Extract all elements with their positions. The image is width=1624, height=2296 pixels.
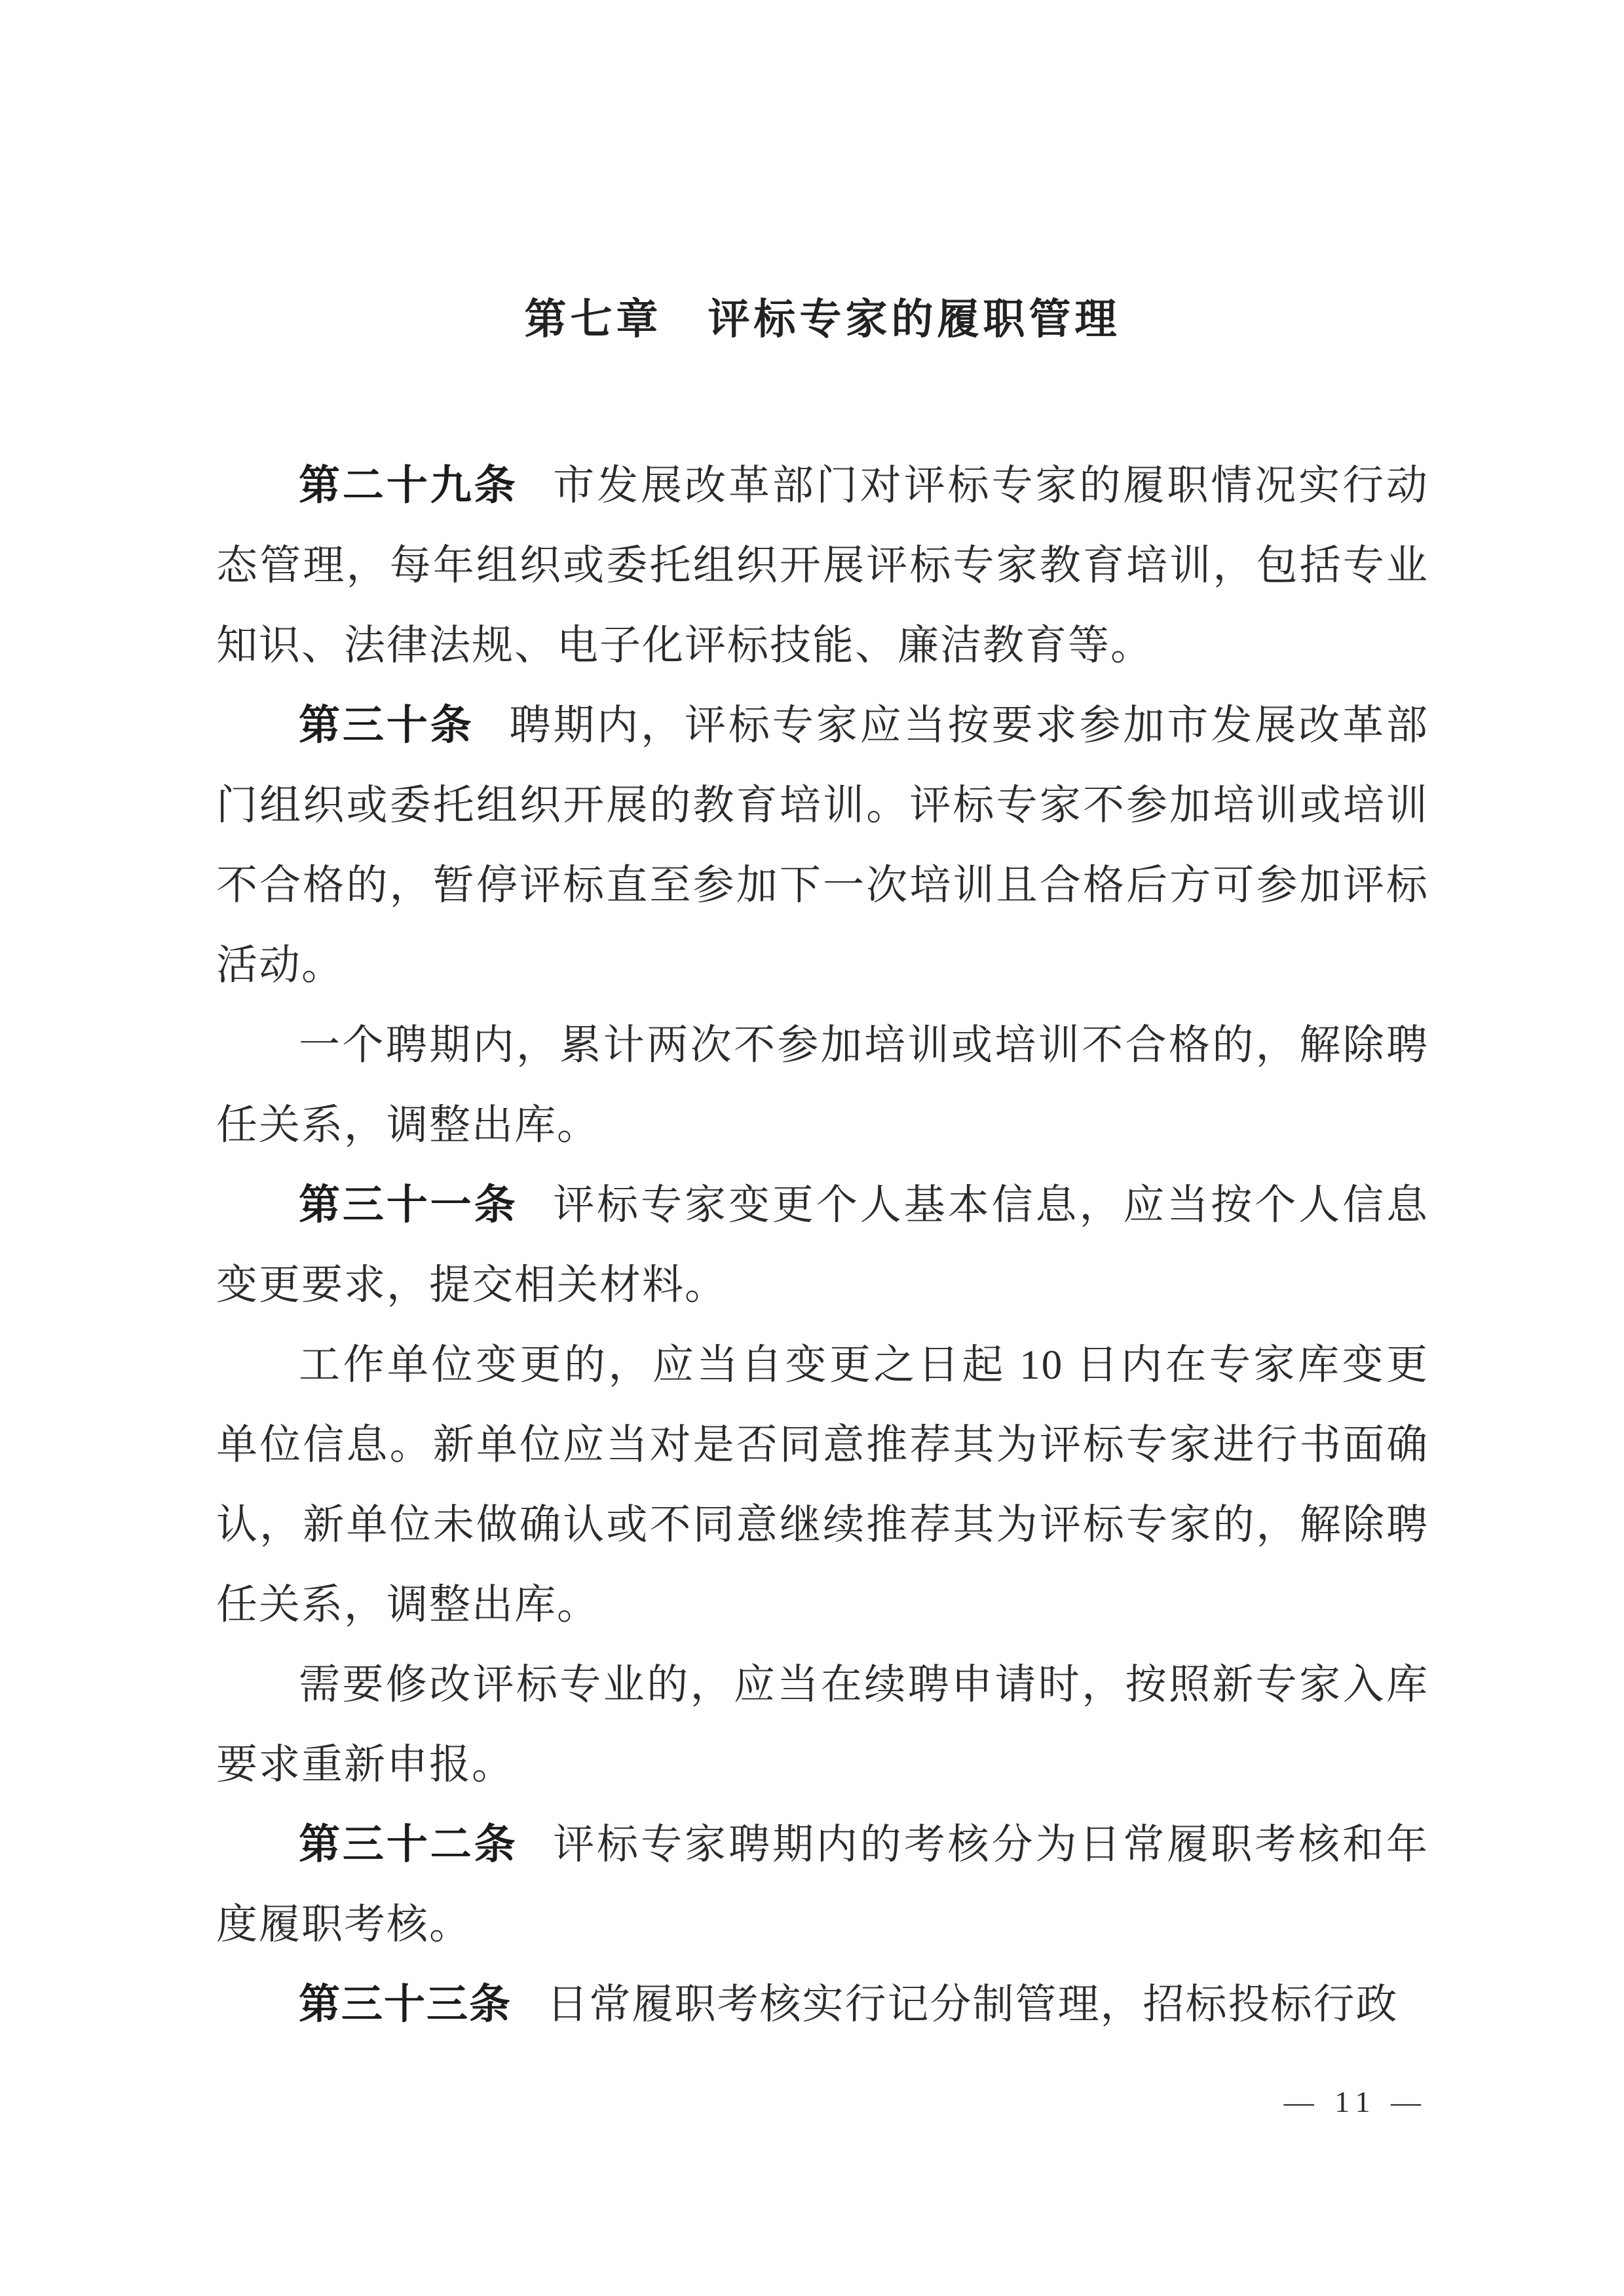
paragraph-text: 需要修改评标专业的，应当在续聘申请时，按照新专家入库要求重新申报。 xyxy=(216,1662,1429,1788)
article-number: 第二十九条 xyxy=(299,463,518,508)
paragraph-text: 日常履职考核实行记分制管理，招标投标行政 xyxy=(547,1981,1399,2027)
article-number: 第三十二条 xyxy=(299,1822,518,1867)
paragraph: 第二十九条市发展改革部门对评标专家的履职情况实行动态管理，每年组织或委托组织开展… xyxy=(216,446,1429,685)
paragraph: 第三十一条评标专家变更个人基本信息，应当按个人信息变更要求，提交相关材料。 xyxy=(216,1165,1429,1325)
paragraph: 工作单位变更的，应当自变更之日起 10 日内在专家库变更单位信息。新单位应当对是… xyxy=(216,1325,1429,1645)
article-number: 第三十三条 xyxy=(299,1981,512,2027)
document-body: 第二十九条市发展改革部门对评标专家的履职情况实行动态管理，每年组织或委托组织开展… xyxy=(216,446,1429,2044)
paragraph: 一个聘期内，累计两次不参加培训或培训不合格的，解除聘任关系，调整出库。 xyxy=(216,1005,1429,1165)
paragraph: 第三十条聘期内，评标专家应当按要求参加市发展改革部门组织或委托组织开展的教育培训… xyxy=(216,685,1429,1005)
document-page: 第七章 评标专家的履职管理 第二十九条市发展改革部门对评标专家的履职情况实行动态… xyxy=(0,0,1624,2296)
article-number: 第三十条 xyxy=(299,702,474,748)
paragraph: 需要修改评标专业的，应当在续聘申请时，按照新专家入库要求重新申报。 xyxy=(216,1645,1429,1805)
page-content: 第七章 评标专家的履职管理 第二十九条市发展改革部门对评标专家的履职情况实行动态… xyxy=(216,0,1429,2044)
page-number: — 11 — xyxy=(1284,2082,1427,2122)
paragraph-text: 一个聘期内，累计两次不参加培训或培训不合格的，解除聘任关系，调整出库。 xyxy=(216,1022,1429,1148)
paragraph: 第三十二条评标专家聘期内的考核分为日常履职考核和年度履职考核。 xyxy=(216,1805,1429,1964)
chapter-heading: 第七章 评标专家的履职管理 xyxy=(216,296,1429,342)
paragraph: 第三十三条日常履职考核实行记分制管理，招标投标行政 xyxy=(216,1964,1429,2044)
paragraph-text: 工作单位变更的，应当自变更之日起 10 日内在专家库变更单位信息。新单位应当对是… xyxy=(216,1342,1429,1628)
article-number: 第三十一条 xyxy=(299,1182,518,1228)
